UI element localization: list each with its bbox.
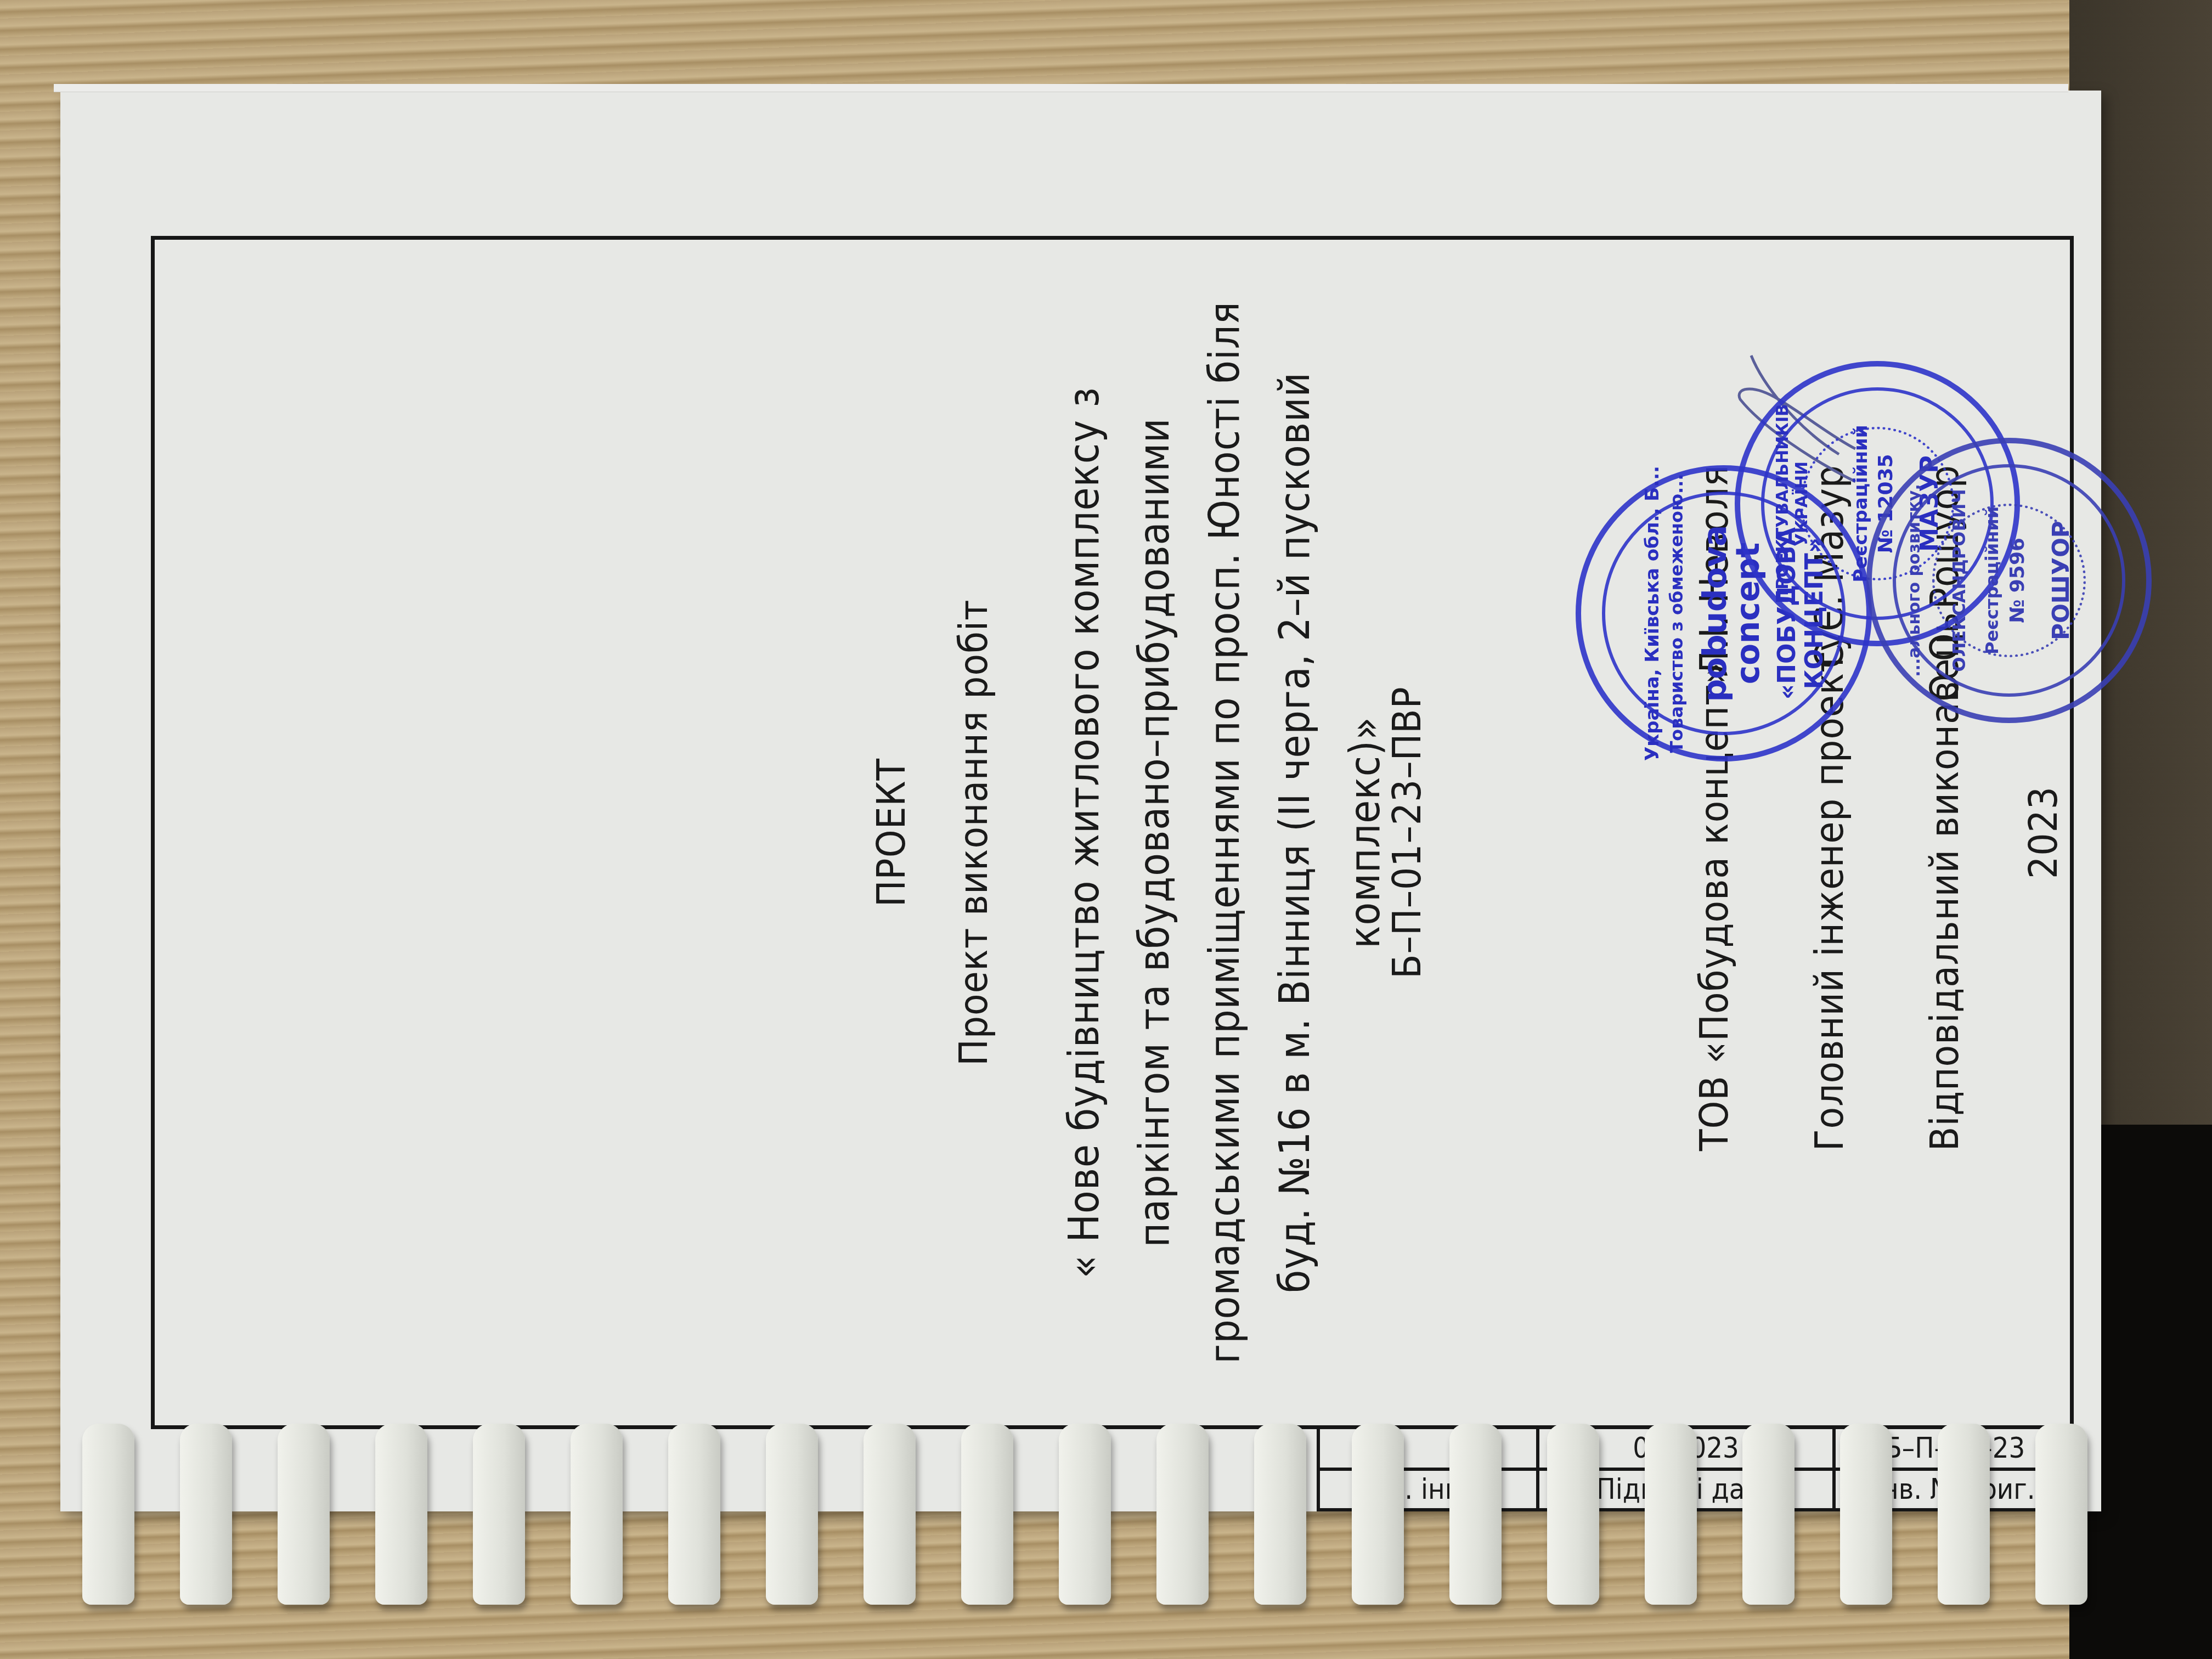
engineer-stamp-roshuor: ...ального розвитку, ОЛЕКСАНДРОВИЧ Реєст…	[1866, 438, 2152, 723]
stamp-brand: pobudova	[1696, 465, 1734, 761]
coil-loop	[1645, 1424, 1697, 1605]
coil-loop	[2035, 1424, 2087, 1605]
document-page: ПРОЕКТ Проект виконання робіт « Нове буд…	[60, 91, 2101, 1511]
coil-loop	[766, 1424, 818, 1605]
document-year: 2023	[2020, 240, 2066, 1425]
stamp-reg-number: № 9596	[2006, 438, 2029, 723]
coil-loop	[668, 1424, 720, 1605]
stamp-line: ОЛЕКСАНДРОВИЧ	[1949, 438, 1970, 723]
coil-loop	[1156, 1424, 1209, 1605]
coil-loop	[1938, 1424, 1990, 1605]
document-title: « Нове будівництво житлового комплексу з…	[1049, 289, 1400, 1376]
coil-loop	[375, 1424, 427, 1605]
document-subheading: Проект виконання робіт	[950, 240, 996, 1425]
page-frame: ПРОЕКТ Проект виконання робіт « Нове буд…	[151, 236, 2074, 1429]
coil-loop	[473, 1424, 525, 1605]
coil-loop	[82, 1424, 134, 1605]
document-code: Б–П–01–23–ПВР	[1384, 240, 1430, 1425]
coil-loop	[864, 1424, 916, 1605]
binding-coil	[82, 1424, 2112, 1638]
coil-loop	[1449, 1424, 1502, 1605]
document-heading: ПРОЕКТ	[868, 240, 914, 1425]
coil-loop	[571, 1424, 623, 1605]
stamp-line: Товариство з обмеженою...	[1666, 465, 1687, 761]
coil-loop	[1254, 1424, 1306, 1605]
coil-loop	[1742, 1424, 1795, 1605]
coil-loop	[1352, 1424, 1404, 1605]
coil-loop	[1840, 1424, 1892, 1605]
stamp-line: ...ального розвитку,	[1905, 438, 1924, 723]
stamp-line: ПРОЕКТУВАЛЬНИКІВ УКРАЇНИ	[1773, 361, 1812, 646]
stamp-line: Україна, Київська обл., Б...	[1641, 465, 1663, 761]
coil-loop	[180, 1424, 232, 1605]
coil-loop	[1547, 1424, 1599, 1605]
coil-loop	[1059, 1424, 1111, 1605]
stamp-name: РОШУОР	[2047, 438, 2074, 723]
coil-loop	[961, 1424, 1013, 1605]
coil-loop	[278, 1424, 330, 1605]
stamp-line: Реєстраційний	[1982, 438, 2002, 723]
page-content-rotated: ПРОЕКТ Проект виконання робіт « Нове буд…	[60, 91, 2101, 1511]
